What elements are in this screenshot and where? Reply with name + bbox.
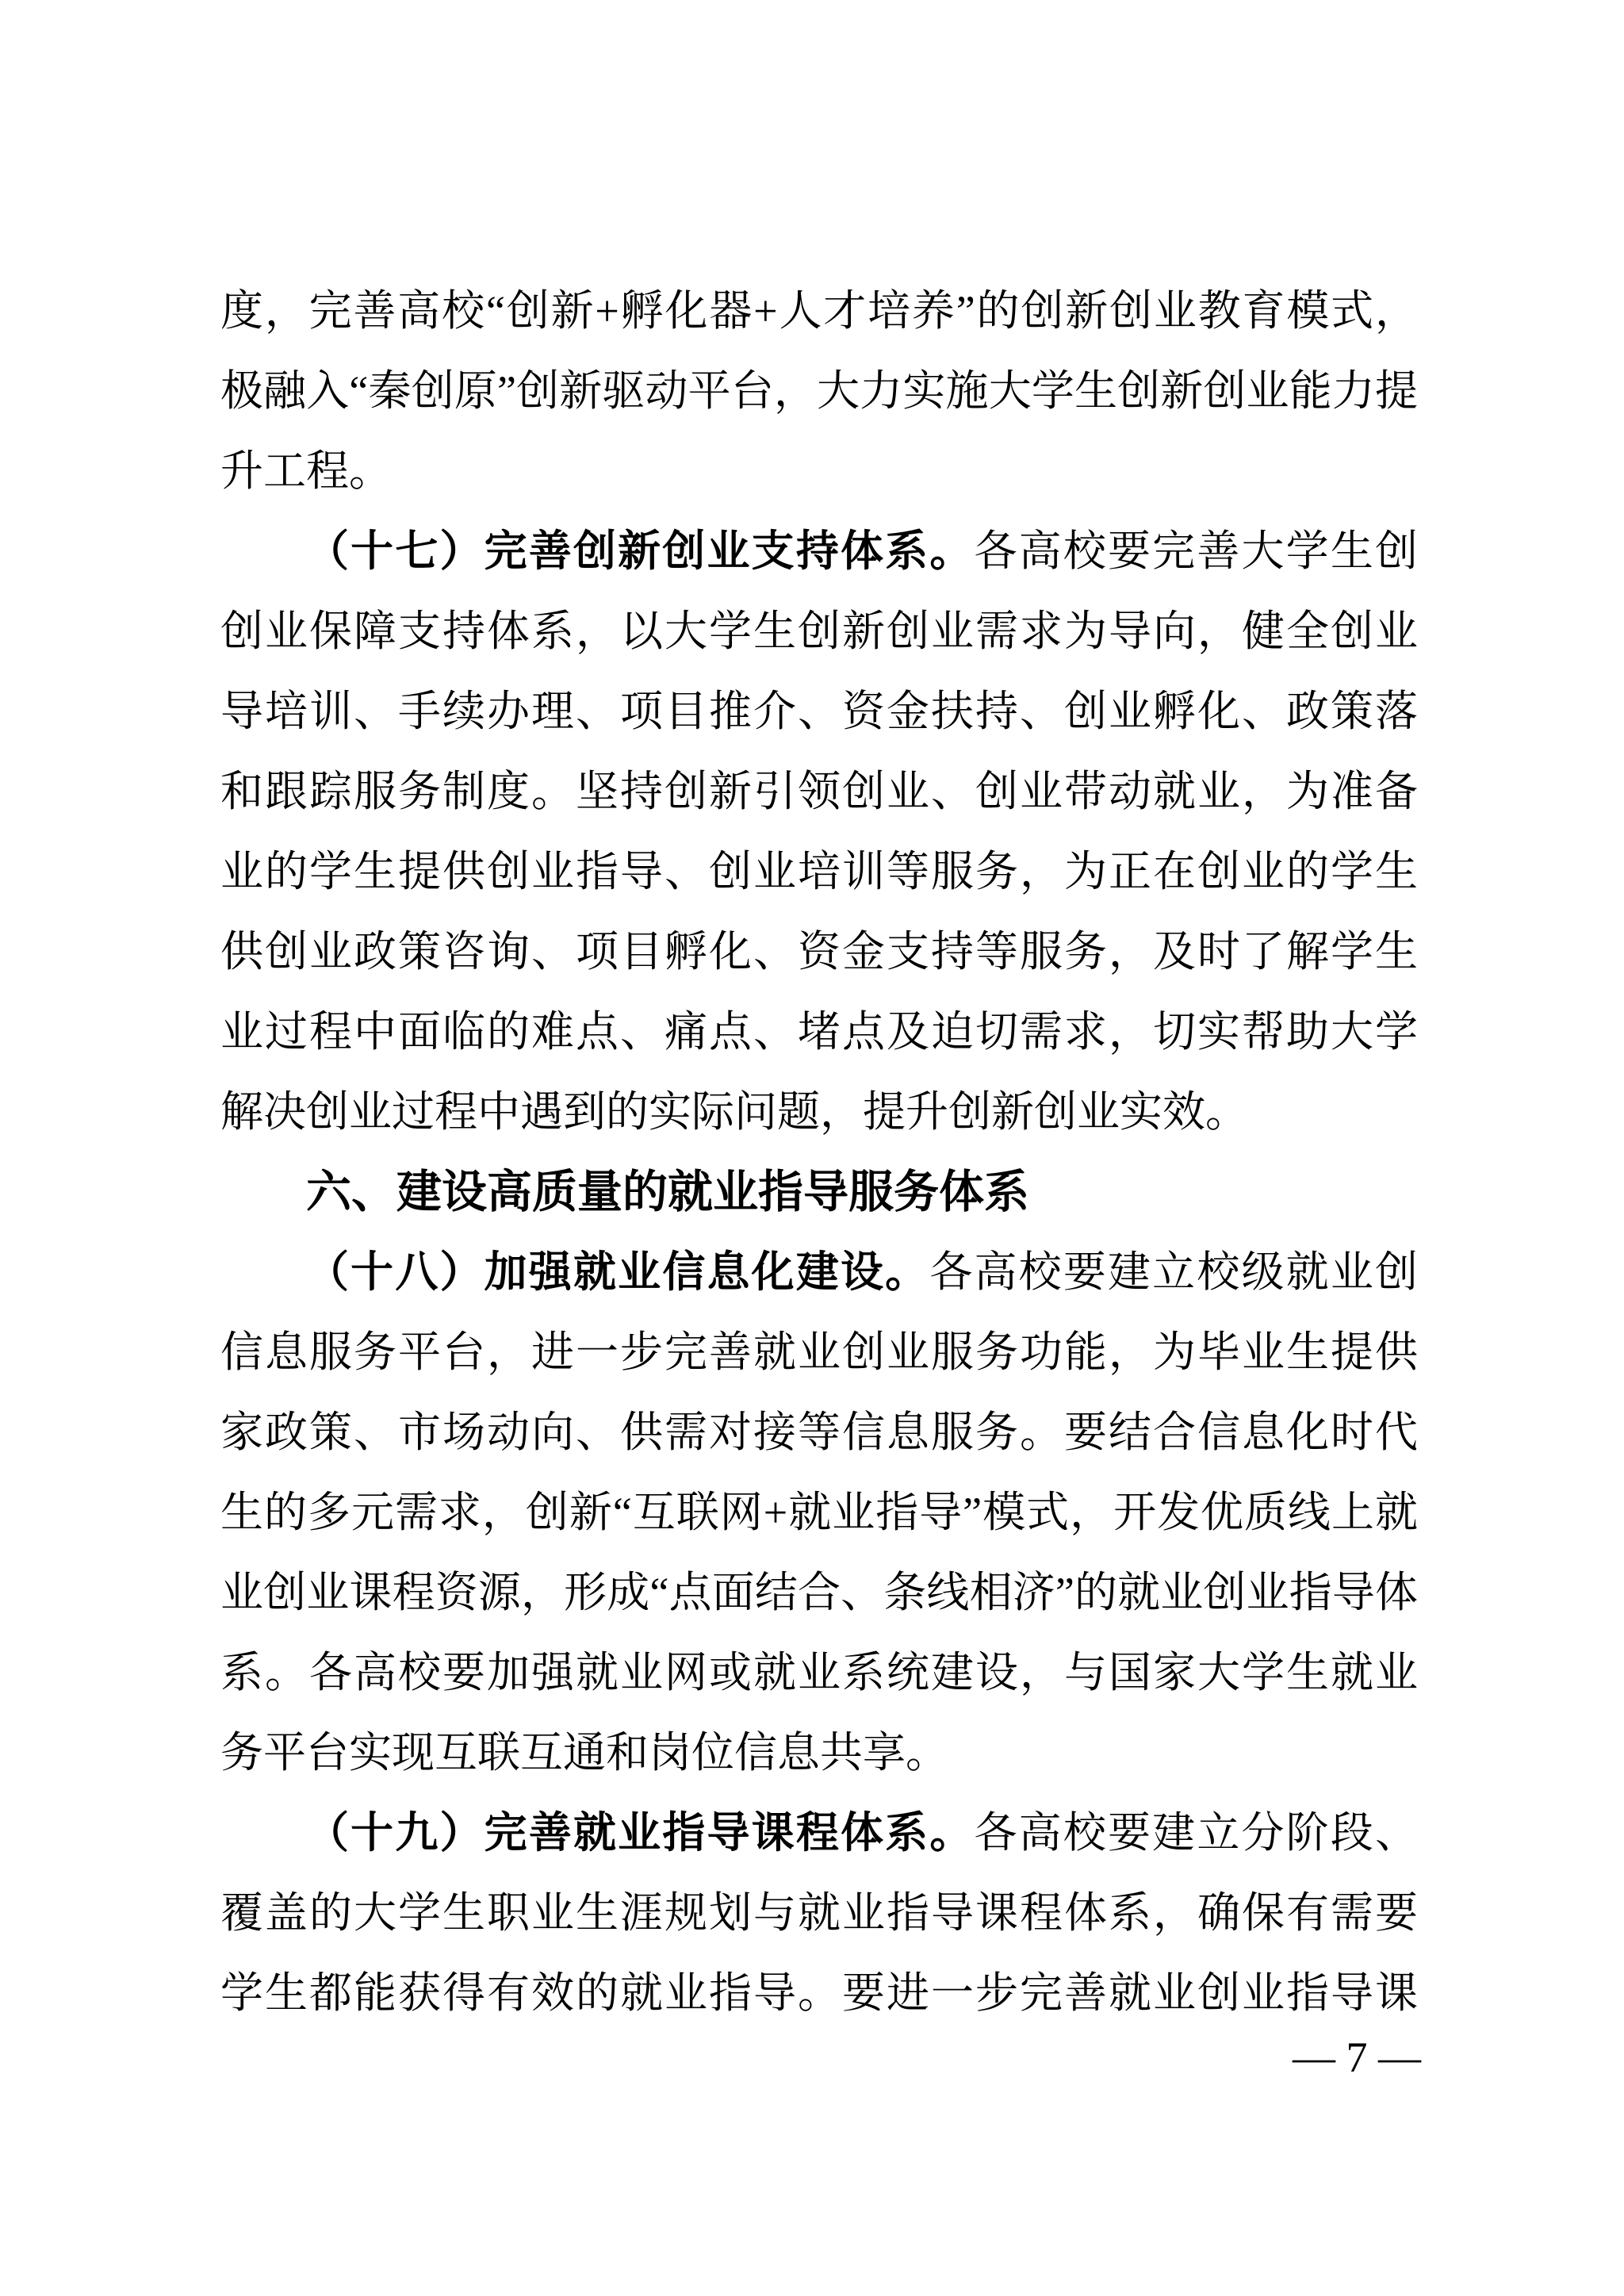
- paragraph-continuation: 度，完善高校“创新+孵化器+人才培养”的创新创业教育模式，积极融入“秦创原”创新…: [220, 271, 1418, 512]
- text-line: 学生都能获得有效的就业指导。要进一步完善就业创业指导课程: [220, 1953, 1418, 2033]
- body-text: 和跟踪服务制度。坚持创新引领创业、创业带动就业，为准备创: [220, 768, 1418, 832]
- body-text: 解决创业过程中遇到的实际问题，提升创新创业实效。: [220, 1088, 1248, 1136]
- text-line: 业过程中面临的难点、痛点、堵点及迫切需求，切实帮助大学生: [220, 992, 1418, 1072]
- body-text: 信息服务平台，进一步完善就业创业服务功能，为毕业生提供国: [220, 1328, 1418, 1393]
- body-text: 业的学生提供创业指导、创业培训等服务，为正在创业的学生提: [220, 848, 1418, 912]
- text-line: 业的学生提供创业指导、创业培训等服务，为正在创业的学生提: [220, 832, 1418, 912]
- text-line: 导培训、手续办理、项目推介、资金扶持、创业孵化、政策落实: [220, 672, 1418, 752]
- body-text: 业过程中面临的难点、痛点、堵点及迫切需求，切实帮助大学生: [220, 1008, 1418, 1072]
- text-line: 创业保障支持体系，以大学生创新创业需求为导向，健全创业指: [220, 592, 1418, 672]
- body-text: 生的多元需求，创新“互联网+就业指导”模式，开发优质线上就: [220, 1489, 1418, 1536]
- body-text: 供创业政策咨询、项目孵化、资金支持等服务，及时了解学生创: [220, 928, 1418, 992]
- paragraph-19: （十九）完善就业指导课程体系。各高校要建立分阶段、全覆盖的大学生职业生涯规划与就…: [220, 1793, 1418, 2033]
- bold-lead-text: （十九）完善就业指导课程体系。: [306, 1809, 975, 1857]
- text-line: 系。各高校要加强就业网或就业系统建设，与国家大学生就业服: [220, 1633, 1418, 1713]
- body-text: 升工程。: [220, 447, 392, 495]
- text-line: 生的多元需求，创新“互联网+就业指导”模式，开发优质线上就: [220, 1473, 1418, 1553]
- body-text: 创业保障支持体系，以大学生创新创业需求为导向，健全创业指: [220, 608, 1418, 672]
- text-line: 和跟踪服务制度。坚持创新引领创业、创业带动就业，为准备创: [220, 752, 1418, 832]
- paragraph-18: （十八）加强就业信息化建设。各高校要建立校级就业创业信息服务平台，进一步完善就业…: [220, 1232, 1418, 1793]
- paragraph-17: （十七）完善创新创业支持体系。各高校要完善大学生创新创业保障支持体系，以大学生创…: [220, 512, 1418, 1152]
- bold-lead-text: （十八）加强就业信息化建设。: [306, 1248, 929, 1296]
- text-line: 六、建设高质量的就业指导服务体系: [220, 1152, 1418, 1232]
- body-text: 学生都能获得有效的就业指导。要进一步完善就业创业指导课程: [220, 1969, 1418, 2033]
- text-line: 解决创业过程中遇到的实际问题，提升创新创业实效。: [220, 1072, 1418, 1152]
- text-line: 供创业政策咨询、项目孵化、资金支持等服务，及时了解学生创: [220, 912, 1418, 992]
- text-line: 信息服务平台，进一步完善就业创业服务功能，为毕业生提供国: [220, 1313, 1418, 1393]
- body-text: 业创业课程资源，形成“点面结合、条线相济”的就业创业指导体: [220, 1569, 1418, 1616]
- text-line: 务平台实现互联互通和岗位信息共享。: [220, 1713, 1418, 1793]
- body-text: 度，完善高校“创新+孵化器+人才培养”的创新创业教育模式，积: [220, 287, 1418, 351]
- body-text: 极融入“秦创原”创新驱动平台，大力实施大学生创新创业能力提: [220, 367, 1418, 415]
- text-line: 度，完善高校“创新+孵化器+人才培养”的创新创业教育模式，积: [220, 271, 1418, 351]
- body-text: 系。各高校要加强就业网或就业系统建设，与国家大学生就业服: [220, 1649, 1418, 1713]
- text-line: （十九）完善就业指导课程体系。各高校要建立分阶段、全: [220, 1793, 1418, 1873]
- body-text: 覆盖的大学生职业生涯规划与就业指导课程体系，确保有需要的: [220, 1889, 1418, 1953]
- text-line: （十七）完善创新创业支持体系。各高校要完善大学生创新: [220, 512, 1418, 592]
- text-block: 度，完善高校“创新+孵化器+人才培养”的创新创业教育模式，积极融入“秦创原”创新…: [220, 271, 1418, 2033]
- text-line: 极融入“秦创原”创新驱动平台，大力实施大学生创新创业能力提: [220, 351, 1418, 431]
- section-heading-6: 六、建设高质量的就业指导服务体系: [220, 1152, 1418, 1232]
- body-text: 导培训、手续办理、项目推介、资金扶持、创业孵化、政策落实: [220, 688, 1418, 752]
- text-line: 业创业课程资源，形成“点面结合、条线相济”的就业创业指导体: [220, 1553, 1418, 1633]
- body-text: 务平台实现互联互通和岗位信息共享。: [220, 1729, 948, 1777]
- text-line: 覆盖的大学生职业生涯规划与就业指导课程体系，确保有需要的: [220, 1873, 1418, 1953]
- document-page: 度，完善高校“创新+孵化器+人才培养”的创新创业教育模式，积极融入“秦创原”创新…: [0, 0, 1624, 2296]
- bold-lead-text: 六、建设高质量的就业指导服务体系: [306, 1167, 1029, 1217]
- text-line: （十八）加强就业信息化建设。各高校要建立校级就业创业: [220, 1232, 1418, 1313]
- page-number: — 7 —: [1293, 2031, 1421, 2083]
- body-text: 家政策、市场动向、供需对接等信息服务。要结合信息化时代学: [220, 1409, 1418, 1473]
- text-line: 升工程。: [220, 431, 1418, 512]
- text-line: 家政策、市场动向、供需对接等信息服务。要结合信息化时代学: [220, 1393, 1418, 1473]
- bold-lead-text: （十七）完善创新创业支持体系。: [306, 527, 975, 575]
